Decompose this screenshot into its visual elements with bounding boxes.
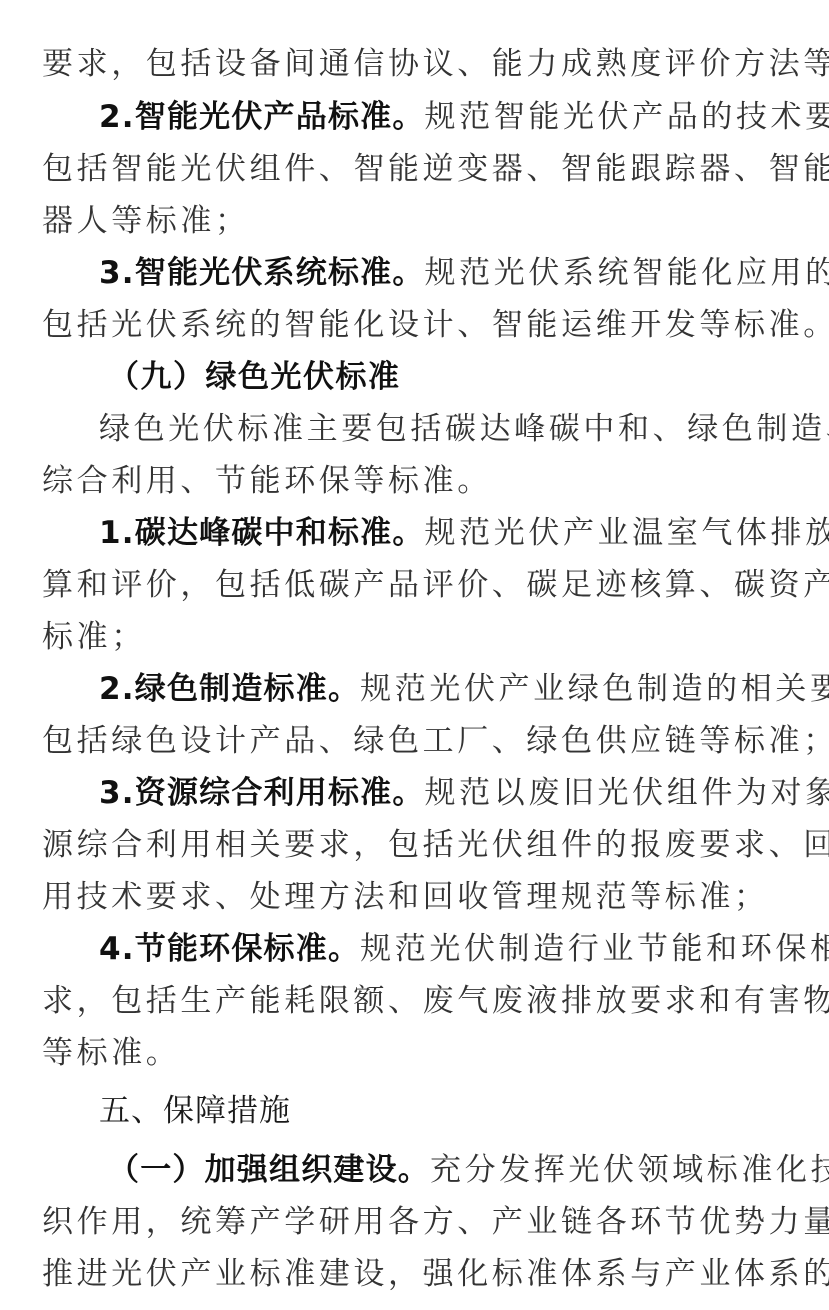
body-text: 推进光伏产业标准建设，强化标准体系与产业体系的协同。	[42, 1256, 829, 1292]
item-title-energy-saving: 4.节能环保标准。	[99, 931, 360, 967]
paragraph-line: 用技术要求、处理方法和回收管理规范等标准；	[42, 879, 802, 915]
paragraph-line: 器人等标准；	[42, 203, 802, 239]
paragraph-line: 推进光伏产业标准建设，强化标准体系与产业体系的协同。	[42, 1256, 802, 1292]
body-text: 织作用，统筹产学研用各方、产业链各环节优势力量，协同	[42, 1204, 829, 1240]
body-text: 绿色光伏标准主要包括碳达峰碳中和、绿色制造、资源	[99, 411, 829, 447]
body-text: 要求，包括设备间通信协议、能力成熟度评价方法等标准；	[42, 46, 829, 82]
body-text: 包括绿色设计产品、绿色工厂、绿色供应链等标准；	[42, 723, 829, 759]
heading-green-pv-standards: （九）绿色光伏标准	[108, 359, 401, 395]
body-text: 规范光伏制造行业节能和环保相关要	[360, 931, 829, 967]
paragraph-line: 织作用，统筹产学研用各方、产业链各环节优势力量，协同	[42, 1204, 802, 1240]
body-text: 规范智能光伏产品的技术要求，	[425, 99, 829, 135]
body-text: 规范光伏产业温室气体排放的核	[425, 515, 829, 551]
body-text: 规范光伏系统智能化应用的要求，	[425, 255, 829, 291]
paragraph-line: （一）加强组织建设。充分发挥光伏领域标准化技术组	[108, 1152, 829, 1188]
body-text: 算和评价，包括低碳产品评价、碳足迹核算、碳资产管理等	[42, 567, 829, 603]
body-text: 包括智能光伏组件、智能逆变器、智能跟踪器、智能清扫机	[42, 151, 829, 187]
paragraph-line: 包括绿色设计产品、绿色工厂、绿色供应链等标准；	[42, 723, 802, 759]
paragraph-line: 1.碳达峰碳中和标准。规范光伏产业温室气体排放的核	[99, 515, 829, 551]
paragraph-line: 等标准。	[42, 1035, 802, 1071]
item-title-green-manufacturing: 2.绿色制造标准。	[99, 671, 360, 707]
body-text: 规范以废旧光伏组件为对象的资	[425, 775, 829, 811]
section-heading: 五、保障措施	[99, 1093, 829, 1129]
paragraph-line: 3.智能光伏系统标准。规范光伏系统智能化应用的要求，	[99, 255, 829, 291]
paragraph-line: 综合利用、节能环保等标准。	[42, 463, 802, 499]
body-text: 规范光伏产业绿色制造的相关要求，	[360, 671, 829, 707]
item-title-strengthen-organization: （一）加强组织建设。	[108, 1152, 430, 1188]
paragraph-line: 4.节能环保标准。规范光伏制造行业节能和环保相关要	[99, 931, 829, 967]
body-text: 源综合利用相关要求，包括光伏组件的报废要求、回收再利	[42, 827, 829, 863]
paragraph-line: 绿色光伏标准主要包括碳达峰碳中和、绿色制造、资源	[99, 411, 829, 447]
paragraph-line: 2.绿色制造标准。规范光伏产业绿色制造的相关要求，	[99, 671, 829, 707]
subsection-heading: （九）绿色光伏标准	[108, 359, 829, 395]
paragraph-line: 包括智能光伏组件、智能逆变器、智能跟踪器、智能清扫机	[42, 151, 802, 187]
body-text: 充分发挥光伏领域标准化技术组	[430, 1152, 829, 1188]
paragraph-line: 包括光伏系统的智能化设计、智能运维开发等标准。	[42, 307, 802, 343]
paragraph-line: 标准；	[42, 619, 802, 655]
document-page: 要求，包括设备间通信协议、能力成熟度评价方法等标准； 2.智能光伏产品标准。规范…	[0, 0, 829, 1310]
item-title-resource-utilization: 3.资源综合利用标准。	[99, 775, 425, 811]
paragraph-line: 3.资源综合利用标准。规范以废旧光伏组件为对象的资	[99, 775, 829, 811]
body-text: 标准；	[42, 619, 146, 655]
paragraph-line: 求，包括生产能耗限额、废气废液排放要求和有害物质限制	[42, 983, 802, 1019]
item-title-smart-pv-system: 3.智能光伏系统标准。	[99, 255, 425, 291]
body-text: 用技术要求、处理方法和回收管理规范等标准；	[42, 879, 769, 915]
paragraph-line: 算和评价，包括低碳产品评价、碳足迹核算、碳资产管理等	[42, 567, 802, 603]
body-text: 求，包括生产能耗限额、废气废液排放要求和有害物质限制	[42, 983, 829, 1019]
paragraph-line: 源综合利用相关要求，包括光伏组件的报废要求、回收再利	[42, 827, 802, 863]
paragraph-line: 要求，包括设备间通信协议、能力成熟度评价方法等标准；	[42, 46, 802, 82]
paragraph-line: 2.智能光伏产品标准。规范智能光伏产品的技术要求，	[99, 99, 829, 135]
item-title-smart-pv-product: 2.智能光伏产品标准。	[99, 99, 425, 135]
item-title-carbon-neutral: 1.碳达峰碳中和标准。	[99, 515, 425, 551]
body-text: 器人等标准；	[42, 203, 250, 239]
body-text: 包括光伏系统的智能化设计、智能运维开发等标准。	[42, 307, 829, 343]
heading-safeguard-measures: 五、保障措施	[99, 1093, 291, 1129]
body-text: 综合利用、节能环保等标准。	[42, 463, 492, 499]
body-text: 等标准。	[42, 1035, 180, 1071]
